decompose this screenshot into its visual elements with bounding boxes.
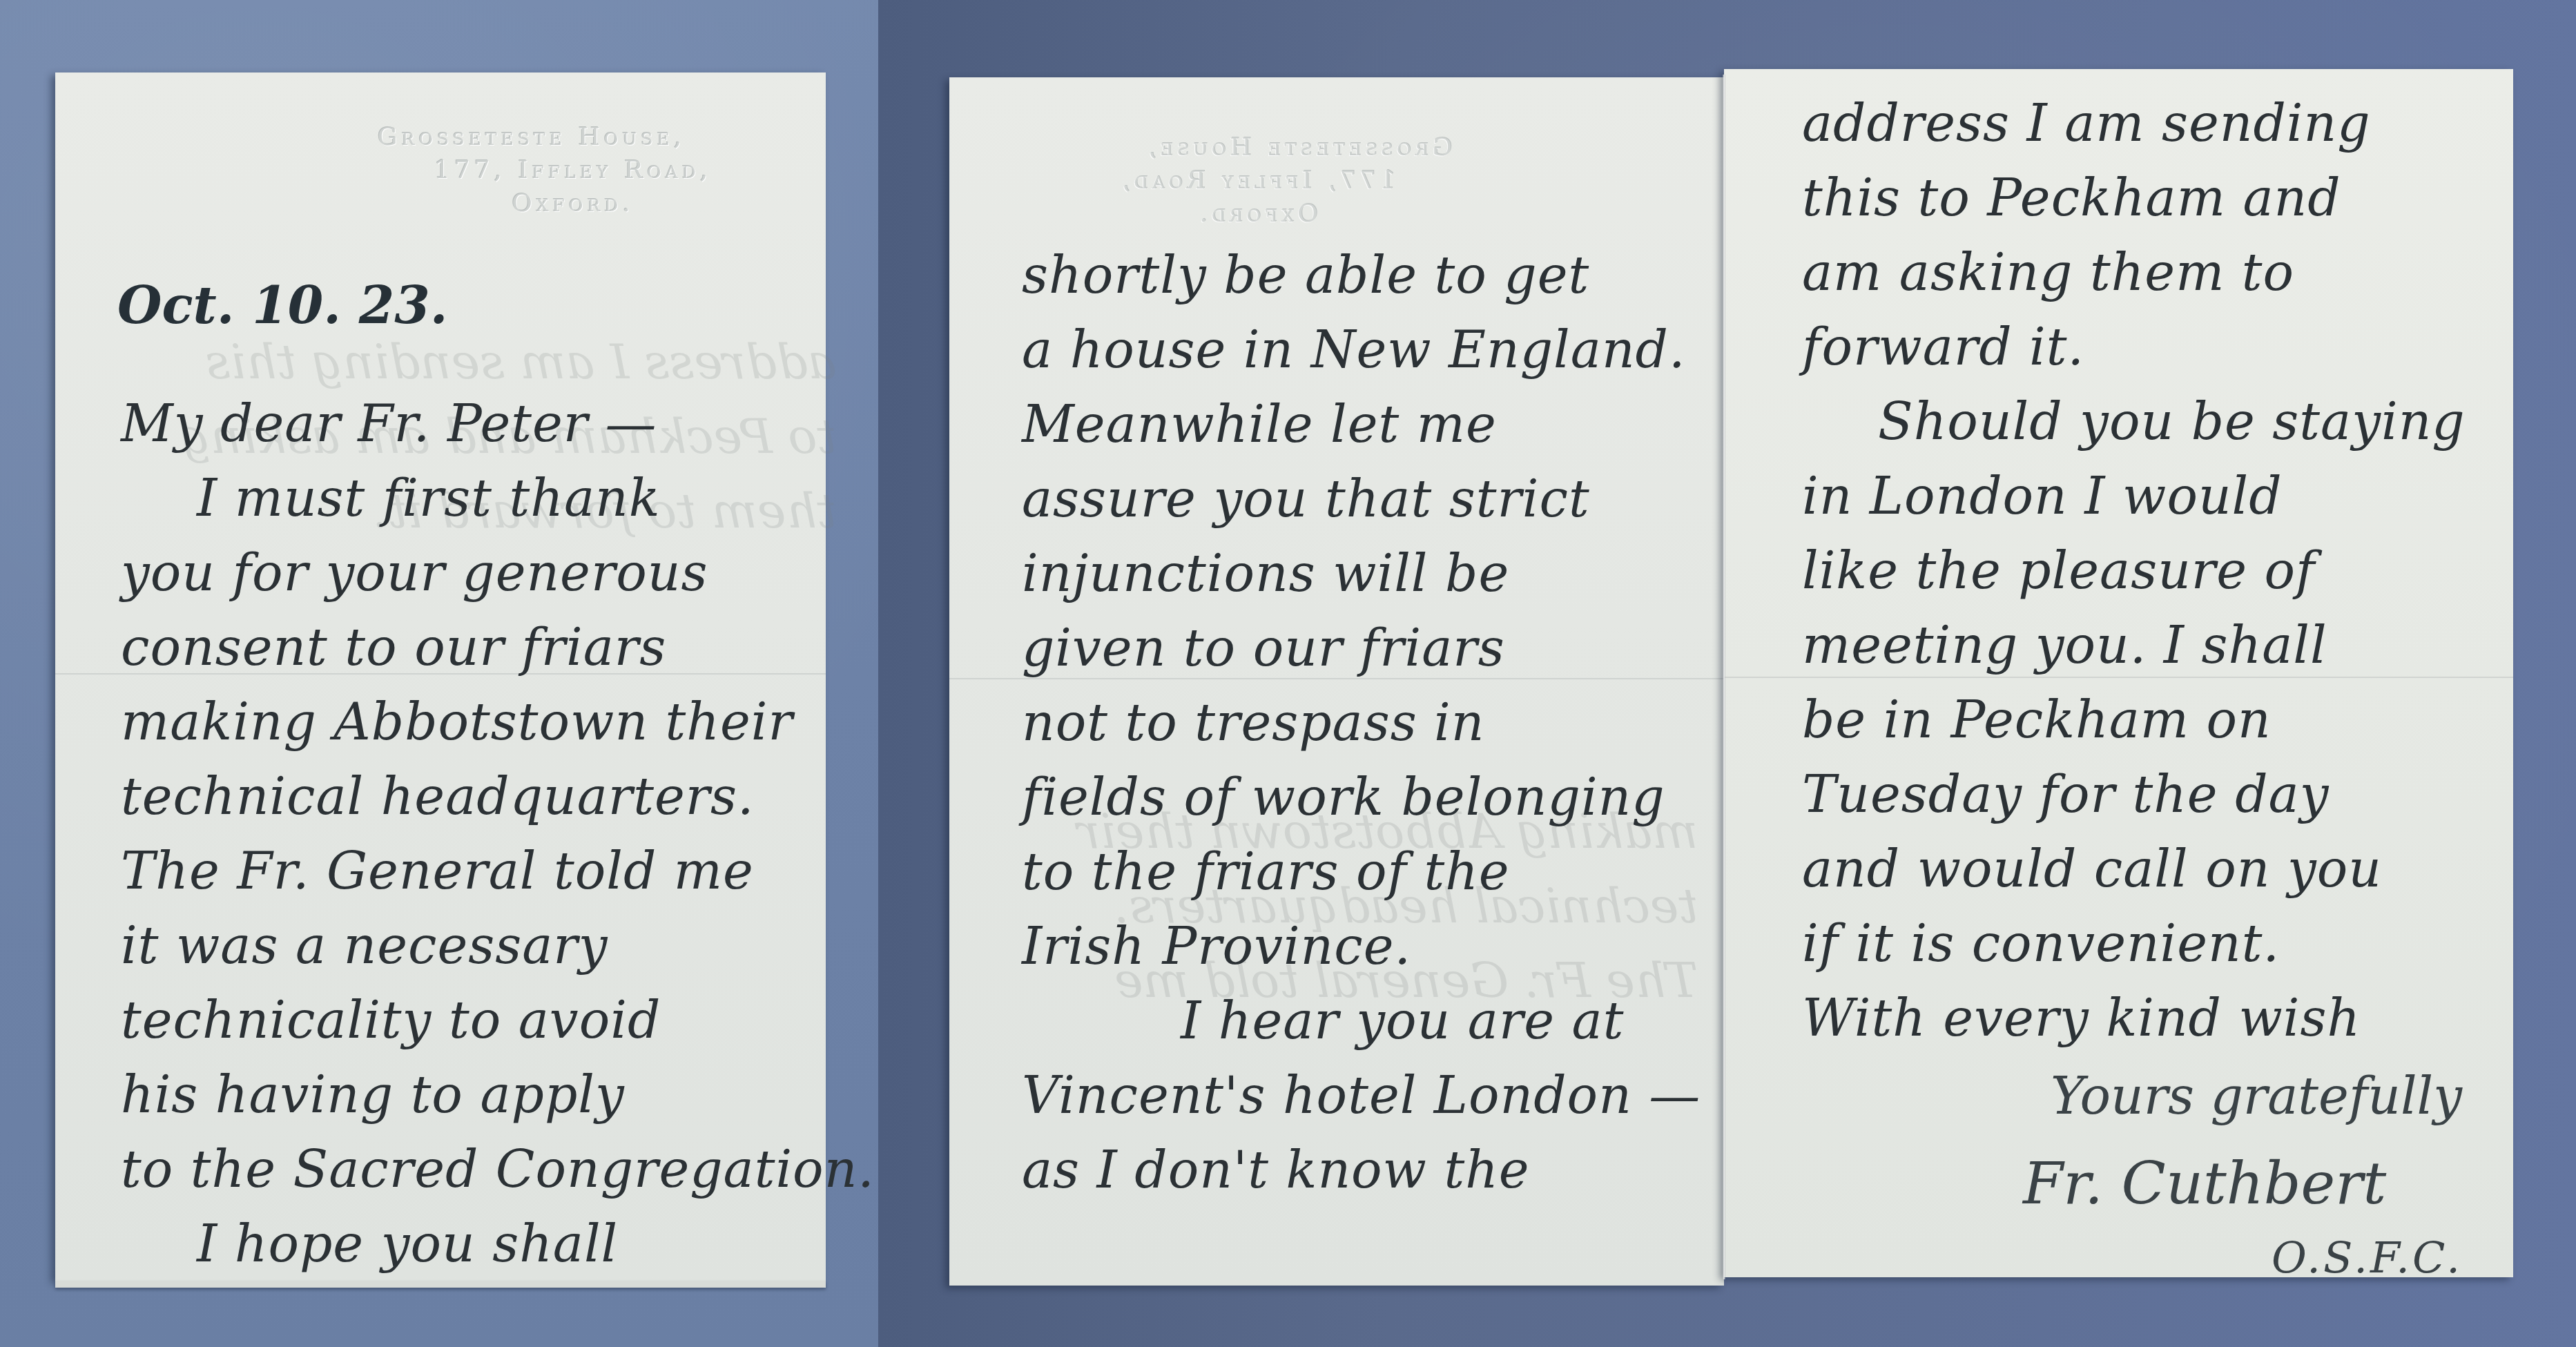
text-line: as I don't know the xyxy=(1022,1133,1701,1208)
embossed-letterhead: Grosseteste House, 177, Iffley Road, Oxf… xyxy=(290,121,773,220)
letterhead-line-2: 177, Iffley Road, xyxy=(290,154,773,187)
text-line: to the friars of the xyxy=(1022,835,1701,909)
closing: Yours gratefully xyxy=(2051,1067,2462,1126)
signature: Fr. Cuthbert xyxy=(2023,1150,2386,1217)
text-line: address I am sending xyxy=(1802,86,2466,161)
text-line: forward it. xyxy=(1802,310,2466,385)
letterhead-line-1: Grosseteste House, xyxy=(1091,131,1505,164)
text-line: I must first thank xyxy=(121,461,875,536)
letterhead-line-1: Grosseteste House, xyxy=(290,121,773,154)
text-line: a house in New England. xyxy=(1022,313,1701,387)
embossed-letterhead-reverse: Grosseteste House, 177, Iffley Road, Oxf… xyxy=(1091,131,1505,231)
text-line: fields of work belonging xyxy=(1022,760,1701,835)
salutation: My dear Fr. Peter — xyxy=(121,387,875,461)
text-line: am asking them to xyxy=(1802,235,2466,310)
text-line: I hear you are at xyxy=(1022,984,1701,1058)
text-line: if it is convenient. xyxy=(1802,907,2466,981)
text-line: I hope you shall xyxy=(121,1207,875,1281)
text-line: With every kind wish xyxy=(1802,981,2466,1056)
text-line: The Fr. General told me xyxy=(121,834,875,909)
text-line: Should you be staying xyxy=(1802,385,2466,459)
text-line: consent to our friars xyxy=(121,610,875,685)
text-line: to the Sacred Congregation. xyxy=(121,1132,875,1207)
letterhead-line-3: Oxford. xyxy=(1091,197,1505,231)
text-line: shortly be able to get xyxy=(1022,238,1701,313)
letterhead-line-2: 177, Iffley Road, xyxy=(1091,164,1505,197)
page3-text: address I am sending this to Peckham and… xyxy=(1802,86,2466,1056)
text-line: and would call on you xyxy=(1802,832,2466,907)
text-line: like the pleasure of xyxy=(1802,534,2466,608)
page1-text: My dear Fr. Peter — I must first thank y… xyxy=(121,387,875,1281)
text-line: Irish Province. xyxy=(1022,909,1701,984)
text-line: Meanwhile let me xyxy=(1022,387,1701,462)
text-line: assure you that strict xyxy=(1022,462,1701,536)
text-line: technical headquarters. xyxy=(121,759,875,834)
text-line: you for your generous xyxy=(121,536,875,610)
center-fold xyxy=(1723,75,1725,1279)
text-line: Tuesday for the day xyxy=(1802,757,2466,832)
text-line: not to trespass in xyxy=(1022,686,1701,760)
letter-date: Oct. 10. 23. xyxy=(117,276,447,336)
text-line: in London I would xyxy=(1802,459,2466,534)
text-line: making Abbotstown their xyxy=(121,685,875,759)
text-line: injunctions will be xyxy=(1022,536,1701,611)
page2-text: shortly be able to get a house in New En… xyxy=(1022,238,1701,1208)
text-line: it was a necessary xyxy=(121,909,875,983)
text-line: this to Peckham and xyxy=(1802,161,2466,235)
religious-order-initials: O.S.F.C. xyxy=(2272,1232,2463,1283)
text-line: meeting you. I shall xyxy=(1802,608,2466,683)
text-line: technicality to avoid xyxy=(121,983,875,1058)
letterhead-line-3: Oxford. xyxy=(290,187,773,220)
text-line: Vincent's hotel London — xyxy=(1022,1058,1701,1133)
text-line: his having to apply xyxy=(121,1058,875,1132)
text-line: given to our friars xyxy=(1022,611,1701,686)
text-line: be in Peckham on xyxy=(1802,683,2466,757)
